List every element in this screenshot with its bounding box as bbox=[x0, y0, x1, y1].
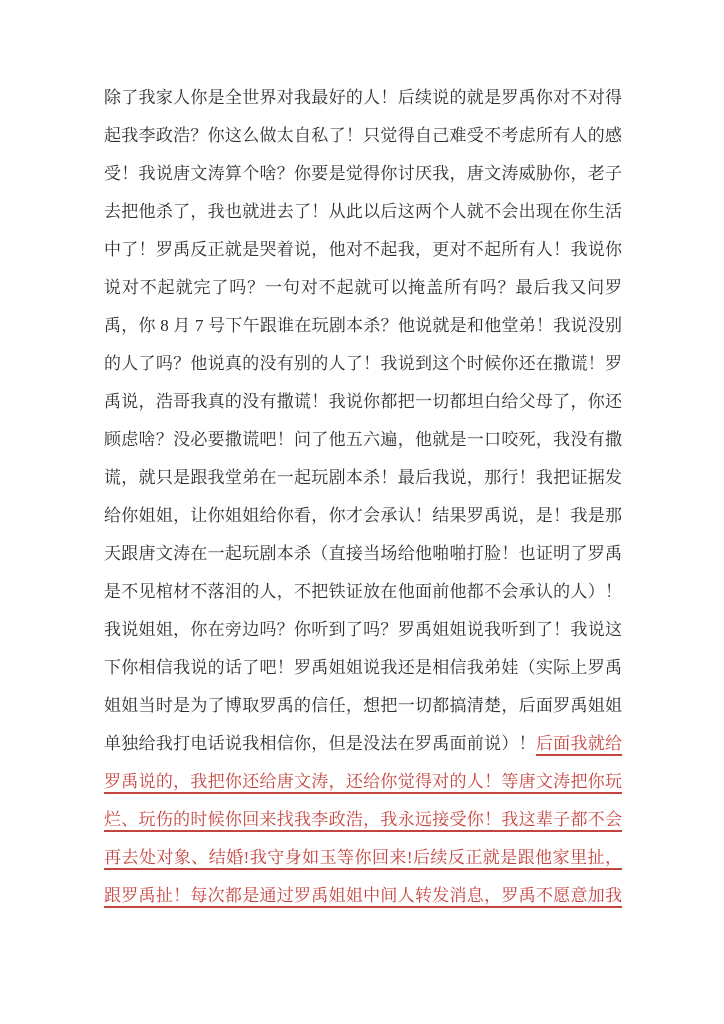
text-line: 天跟唐文涛在一起玩剧本杀（直接当场给他啪啪打脸！也证明了罗禹 bbox=[104, 535, 622, 573]
text-line: 是不见棺材不落泪的人，不把铁证放在他面前他都不会承认的人）！ bbox=[104, 573, 622, 611]
text-line: 单独给我打电话说我相信你，但是没法在罗禹面前说）！后面我就给 bbox=[104, 725, 622, 763]
text-segment: 中了！罗禹反正就是哭着说，他对不起我，更对不起所有人！我说你 bbox=[104, 240, 622, 259]
text-segment: 跟罗禹扯！每次都是通过罗禹姐姐中间人转发消息，罗禹不愿意加我 bbox=[104, 886, 622, 905]
paragraph: 除了我家人你是全世界对我最好的人！后续说的就是罗禹你对不对得起我李政浩？你这么做… bbox=[104, 79, 622, 915]
text-line: 的人了吗？他说真的没有别的人了！我说到这个时候你还在撒谎！罗 bbox=[104, 345, 622, 383]
text-segment: 谎，就只是跟我堂弟在一起玩剧本杀！最后我说，那行！我把证据发 bbox=[104, 468, 622, 487]
text-segment: 罗禹说的，我把你还给唐文涛，还给你觉得对的人！等唐文涛把你玩 bbox=[104, 772, 622, 791]
text-segment: 去把他杀了，我也就进去了！从此以后这两个人就不会出现在你生活 bbox=[104, 202, 622, 221]
text-segment: 禹说，浩哥我真的没有撒谎！我说你都把一切都坦白给父母了，你还 bbox=[104, 392, 622, 411]
text-line: 给你姐姐，让你姐姐给你看，你才会承认！结果罗禹说，是！我是那 bbox=[104, 497, 622, 535]
text-segment: 受！我说唐文涛算个啥？你要是觉得你讨厌我，唐文涛威胁你，老子 bbox=[104, 164, 622, 183]
text-line: 烂、玩伤的时候你回来找我李政浩，我永远接受你！我这辈子都不会 bbox=[104, 801, 622, 839]
text-line: 禹说，浩哥我真的没有撒谎！我说你都把一切都坦白给父母了，你还 bbox=[104, 383, 622, 421]
text-segment: 烂、玩伤的时候你回来找我李政浩，我永远接受你！我这辈子都不会 bbox=[104, 810, 622, 829]
text-line: 受！我说唐文涛算个啥？你要是觉得你讨厌我，唐文涛威胁你，老子 bbox=[104, 155, 622, 193]
text-segment: 天跟唐文涛在一起玩剧本杀（直接当场给他啪啪打脸！也证明了罗禹 bbox=[104, 544, 622, 563]
text-segment: 姐姐当时是为了博取罗禹的信任，想把一切都搞清楚，后面罗禹姐姐 bbox=[104, 696, 622, 715]
text-segment: 起我李政浩？你这么做太自私了！只觉得自己难受不考虑所有人的感 bbox=[104, 126, 622, 145]
text-segment: 后面我就给 bbox=[536, 734, 622, 753]
text-line: 再去处对象、结婚!我守身如玉等你回来!后续反正就是跟他家里扯， bbox=[104, 839, 622, 877]
text-line: 禹，你 8 月 7 号下午跟谁在玩剧本杀？他说就是和他堂弟！我说没别 bbox=[104, 307, 622, 345]
text-line: 下你相信我说的话了吧！罗禹姐姐说我还是相信我弟娃（实际上罗禹 bbox=[104, 649, 622, 687]
text-segment: 禹，你 8 月 7 号下午跟谁在玩剧本杀？他说就是和他堂弟！我说没别 bbox=[104, 316, 622, 335]
text-line: 说对不起就完了吗？一句对不起就可以掩盖所有吗？最后我又问罗 bbox=[104, 269, 622, 307]
text-line: 跟罗禹扯！每次都是通过罗禹姐姐中间人转发消息，罗禹不愿意加我 bbox=[104, 877, 622, 915]
text-line: 起我李政浩？你这么做太自私了！只觉得自己难受不考虑所有人的感 bbox=[104, 117, 622, 155]
text-segment: 除了我家人你是全世界对我最好的人！后续说的就是罗禹你对不对得 bbox=[104, 88, 622, 107]
text-segment: 再去处对象、结婚!我守身如玉等你回来!后续反正就是跟他家里扯， bbox=[104, 848, 622, 867]
text-line: 去把他杀了，我也就进去了！从此以后这两个人就不会出现在你生活 bbox=[104, 193, 622, 231]
text-segment: 说对不起就完了吗？一句对不起就可以掩盖所有吗？最后我又问罗 bbox=[104, 278, 622, 297]
document-page: 除了我家人你是全世界对我最好的人！后续说的就是罗禹你对不对得起我李政浩？你这么做… bbox=[0, 0, 724, 1024]
text-line: 顾虑啥？没必要撒谎吧！问了他五六遍，他就是一口咬死，我没有撒 bbox=[104, 421, 622, 459]
text-segment: 顾虑啥？没必要撒谎吧！问了他五六遍，他就是一口咬死，我没有撒 bbox=[104, 430, 622, 449]
text-line: 中了！罗禹反正就是哭着说，他对不起我，更对不起所有人！我说你 bbox=[104, 231, 622, 269]
text-line: 我说姐姐，你在旁边吗？你听到了吗？罗禹姐姐说我听到了！我说这 bbox=[104, 611, 622, 649]
text-segment: 下你相信我说的话了吧！罗禹姐姐说我还是相信我弟娃（实际上罗禹 bbox=[104, 658, 622, 677]
text-segment: 的人了吗？他说真的没有别的人了！我说到这个时候你还在撒谎！罗 bbox=[104, 354, 622, 373]
text-line: 罗禹说的，我把你还给唐文涛，还给你觉得对的人！等唐文涛把你玩 bbox=[104, 763, 622, 801]
text-line: 除了我家人你是全世界对我最好的人！后续说的就是罗禹你对不对得 bbox=[104, 79, 622, 117]
text-segment: 给你姐姐，让你姐姐给你看，你才会承认！结果罗禹说，是！我是那 bbox=[104, 506, 622, 525]
text-line: 姐姐当时是为了博取罗禹的信任，想把一切都搞清楚，后面罗禹姐姐 bbox=[104, 687, 622, 725]
text-segment: 我说姐姐，你在旁边吗？你听到了吗？罗禹姐姐说我听到了！我说这 bbox=[104, 620, 622, 639]
text-segment: 是不见棺材不落泪的人，不把铁证放在他面前他都不会承认的人）！ bbox=[104, 582, 622, 601]
text-segment: 单独给我打电话说我相信你，但是没法在罗禹面前说）！ bbox=[104, 734, 536, 753]
text-line: 谎，就只是跟我堂弟在一起玩剧本杀！最后我说，那行！我把证据发 bbox=[104, 459, 622, 497]
